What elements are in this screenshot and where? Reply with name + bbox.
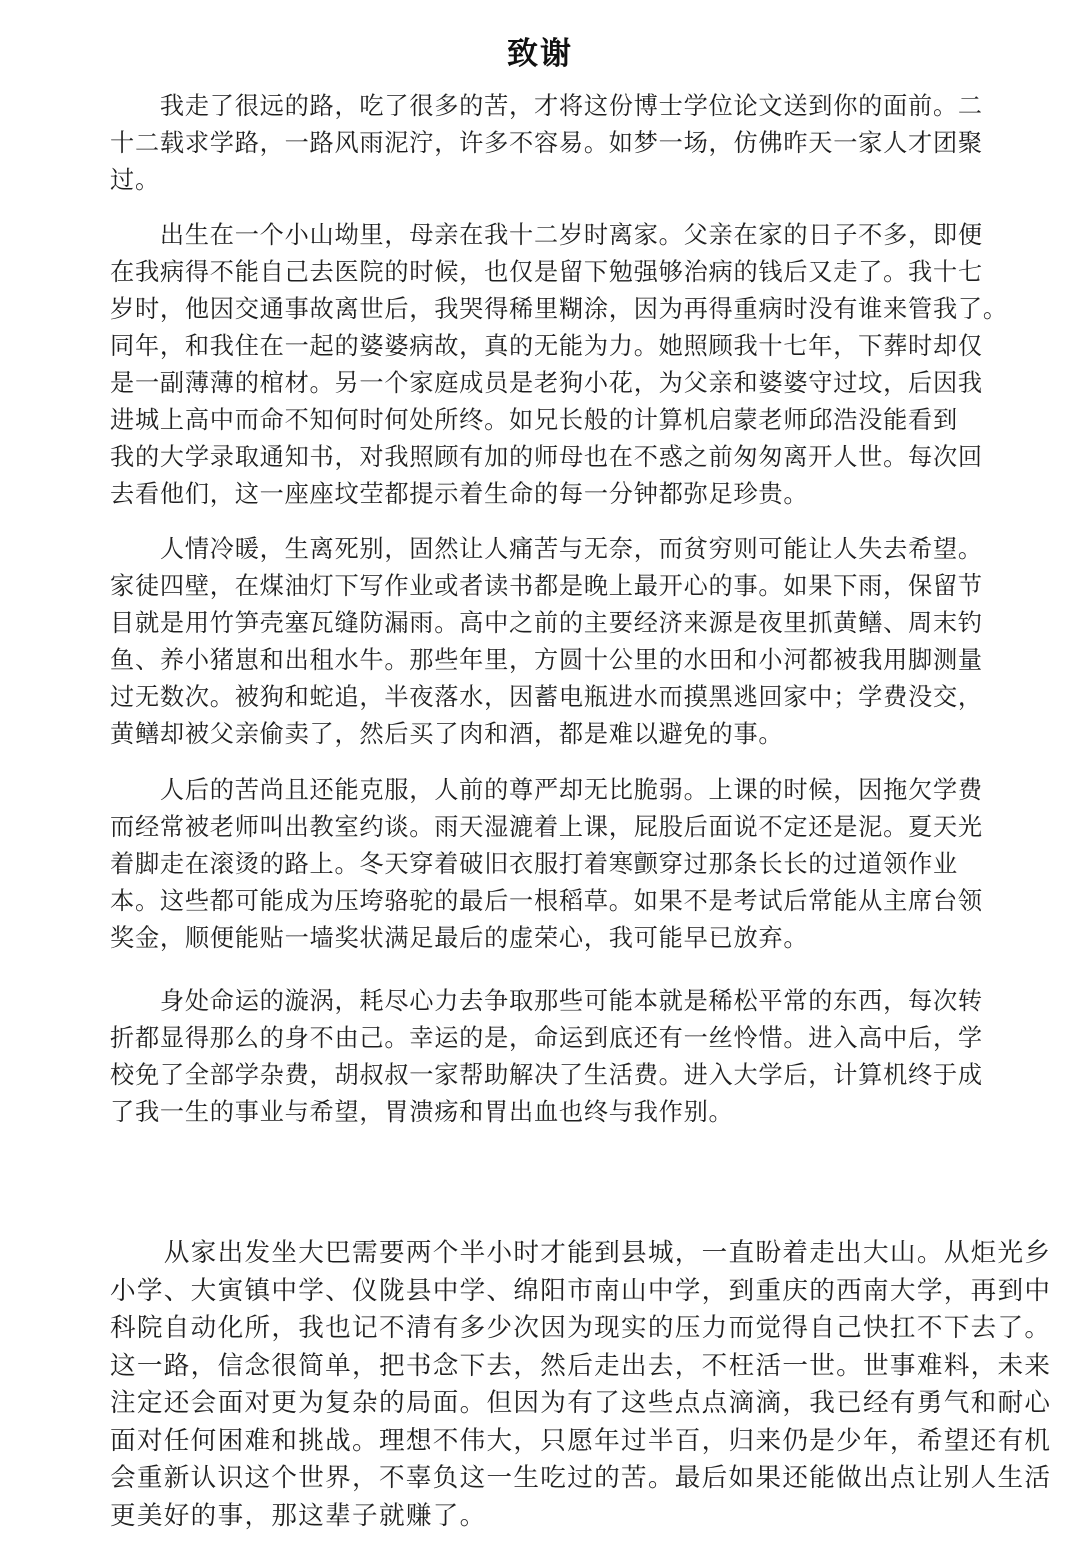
- text-line: 目就是用竹笋壳塞瓦缝防漏雨。高中之前的主要经济来源是夜里抓黄鳝、周末钓: [110, 605, 983, 642]
- page-title: 致谢: [0, 28, 1080, 73]
- text-line: 注定还会面对更为复杂的局面。但因为有了这些点点滴滴，我已经有勇气和耐心: [110, 1385, 1051, 1423]
- text-line: 人情冷暖，生离死别，固然让人痛苦与无奈，而贫穷则可能让人失去希望。: [110, 531, 983, 568]
- text-line: 会重新认识这个世界，不辜负这一生吃过的苦。最后如果还能做出点让别人生活: [110, 1460, 1051, 1498]
- text-line: 过。: [110, 162, 983, 199]
- text-line: 身处命运的漩涡，耗尽心力去争取那些可能本就是稀松平常的东西，每次转: [110, 983, 983, 1020]
- text-line: 面对任何困难和挑战。理想不伟大，只愿年过半百，归来仍是少年，希望还有机: [110, 1423, 1051, 1461]
- text-line: 过无数次。被狗和蛇追，半夜落水，因蓄电瓶进水而摸黑逃回家中；学费没交，: [110, 679, 983, 716]
- text-line: 人后的苦尚且还能克服，人前的尊严却无比脆弱。上课的时候，因拖欠学费: [110, 772, 983, 809]
- text-line: 我的大学录取通知书，对我照顾有加的师母也在不惑之前匆匆离开人世。每次回: [110, 439, 1008, 476]
- text-line: 折都显得那么的身不由己。幸运的是，命运到底还有一丝怜惜。进入高中后，学: [110, 1020, 983, 1057]
- text-line: 这一路，信念很简单，把书念下去，然后走出去，不枉活一世。世事难料，未来: [110, 1348, 1051, 1386]
- paragraph-1: 我走了很远的路，吃了很多的苦，才将这份博士学位论文送到你的面前。二 十二载求学路…: [110, 88, 983, 199]
- text-line: 奖金，顺便能贴一墙奖状满足最后的虚荣心，我可能早已放弃。: [110, 920, 983, 957]
- paragraph-5: 身处命运的漩涡，耗尽心力去争取那些可能本就是稀松平常的东西，每次转 折都显得那么…: [110, 983, 983, 1131]
- text-line: 在我病得不能自己去医院的时候，也仅是留下勉强够治病的钱后又走了。我十七: [110, 254, 1008, 291]
- text-line: 了我一生的事业与希望，胃溃疡和胃出血也终与我作别。: [110, 1094, 983, 1131]
- text-line: 出生在一个小山坳里，母亲在我十二岁时离家。父亲在家的日子不多，即便: [110, 217, 1008, 254]
- text-line: 我走了很远的路，吃了很多的苦，才将这份博士学位论文送到你的面前。二: [110, 88, 983, 125]
- text-line: 小学、大寅镇中学、仪陇县中学、绵阳市南山中学，到重庆的西南大学，再到中: [110, 1273, 1051, 1311]
- text-line: 十二载求学路，一路风雨泥泞，许多不容易。如梦一场，仿佛昨天一家人才团聚: [110, 125, 983, 162]
- paragraph-2: 出生在一个小山坳里，母亲在我十二岁时离家。父亲在家的日子不多，即便 在我病得不能…: [110, 217, 1008, 513]
- paragraph-6: 从家出发坐大巴需要两个半小时才能到县城，一直盼着走出大山。从炬光乡 小学、大寅镇…: [110, 1235, 1051, 1535]
- text-line: 是一副薄薄的棺材。另一个家庭成员是老狗小花，为父亲和婆婆守过坟，后因我: [110, 365, 1008, 402]
- paragraph-3: 人情冷暖，生离死别，固然让人痛苦与无奈，而贫穷则可能让人失去希望。 家徒四壁，在…: [110, 531, 983, 753]
- text-line: 岁时，他因交通事故离世后，我哭得稀里糊涂，因为再得重病时没有谁来管我了。: [110, 291, 1008, 328]
- text-line: 着脚走在滚烫的路上。冬天穿着破旧衣服打着寒颤穿过那条长长的过道领作业: [110, 846, 983, 883]
- text-line: 黄鳝却被父亲偷卖了，然后买了肉和酒，都是难以避免的事。: [110, 716, 983, 753]
- text-line: 校免了全部学杂费，胡叔叔一家帮助解决了生活费。进入大学后，计算机终于成: [110, 1057, 983, 1094]
- text-line: 同年，和我住在一起的婆婆病故，真的无能为力。她照顾我十七年，下葬时却仅: [110, 328, 1008, 365]
- text-line: 本。这些都可能成为压垮骆驼的最后一根稻草。如果不是考试后常能从主席台领: [110, 883, 983, 920]
- text-line: 进城上高中而命不知何时何处所终。如兄长般的计算机启蒙老师邱浩没能看到: [110, 402, 1008, 439]
- text-line: 科院自动化所，我也记不清有多少次因为现实的压力而觉得自己快扛不下去了。: [110, 1310, 1051, 1348]
- text-line: 鱼、养小猪崽和出租水牛。那些年里，方圆十公里的水田和小河都被我用脚测量: [110, 642, 983, 679]
- text-line: 更美好的事，那这辈子就赚了。: [110, 1498, 1051, 1536]
- paragraph-4: 人后的苦尚且还能克服，人前的尊严却无比脆弱。上课的时候，因拖欠学费 而经常被老师…: [110, 772, 983, 957]
- text-line: 从家出发坐大巴需要两个半小时才能到县城，一直盼着走出大山。从炬光乡: [110, 1235, 1051, 1273]
- text-line: 而经常被老师叫出教室约谈。雨天湿漉着上课，屁股后面说不定还是泥。夏天光: [110, 809, 983, 846]
- text-line: 家徒四壁，在煤油灯下写作业或者读书都是晚上最开心的事。如果下雨，保留节: [110, 568, 983, 605]
- text-line: 去看他们，这一座座坟茔都提示着生命的每一分钟都弥足珍贵。: [110, 476, 1008, 513]
